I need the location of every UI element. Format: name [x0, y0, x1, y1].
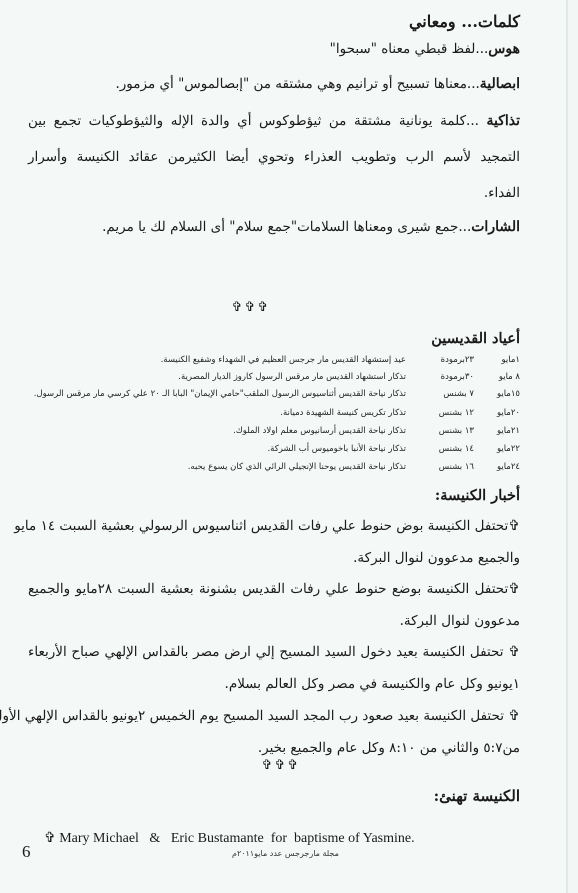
glossary-text: كلمة يونانية مشتقة من ثيؤطوكوس أي والدة … — [28, 113, 466, 129]
saints-feasts-title: أعياد القديسين — [431, 330, 520, 347]
feast-row: ٢٤مايو ١٦ بشنس تذكار نياحة القديس يوحنا … — [28, 460, 520, 475]
glossary-continuation: التمجيد لأسم الرب وتطويب العذراء وتحوي أ… — [28, 146, 520, 168]
feast-coptic-date: ١٣ بشنس — [418, 424, 474, 439]
glossary-term: ابصالية — [480, 76, 520, 92]
feast-row: ٢٠مايو ١٢ بشنس تذكار تكريس كنيسة الشهيدة… — [28, 406, 520, 421]
document-page: كلمات... ومعاني هوس...لفظ قبطي معناه "سب… — [0, 0, 568, 893]
news-continuation: والجميع مدعوون لنوال البركة. — [28, 547, 520, 569]
news-continuation: مدعوون لنوال البركة. — [28, 610, 520, 632]
feast-description: تذكار تكريس كنيسة الشهيدة دميانة. — [280, 406, 406, 421]
news-item: ✞تحتفل الكنيسة بوض حنوط علي رفات القديس … — [28, 515, 520, 537]
feast-date: ١٥مايو — [482, 387, 520, 402]
glossary-term: تذاكية — [486, 113, 520, 129]
feast-row: ١٥مايو ٧ بشنس تذكار نياحة القديس أثناسيو… — [28, 387, 520, 402]
news-text: مدعوون لنوال البركة. — [400, 613, 520, 629]
news-continuation: من٥:٧ والثاني من ٨:١٠ وكل عام والجميع بخ… — [28, 737, 520, 759]
news-text: ١يونيو وكل عام والكنيسة في مصر وكل العال… — [225, 676, 520, 692]
church-news-title: أخبار الكنيسة: — [435, 487, 520, 504]
feast-coptic-date: ١٦ بشنس — [418, 460, 474, 475]
congratulations-text: Mary Michael & Eric Bustamante for bapti… — [56, 831, 415, 846]
news-text: تحتفل الكنيسة بعيد دخول السيد المسيح إلي… — [28, 644, 508, 660]
glossary-sep: ... — [466, 113, 486, 129]
news-continuation: ١يونيو وكل عام والكنيسة في مصر وكل العال… — [28, 673, 520, 695]
feast-description: تذكار نياحة القديس أرسانيوس معلم اولاد ا… — [233, 424, 406, 439]
feast-coptic-date: ١٢ بشنس — [418, 406, 474, 421]
glossary-text: معناها تسبيح أو ترانيم وهي مشتقه من "إبص… — [115, 76, 466, 92]
feast-coptic-date: ١٤ بشنس — [418, 442, 474, 457]
news-text: تحتفل الكنيسة بعيد صعود رب المجد السيد ا… — [0, 708, 508, 724]
feast-coptic-date: ٢٣برمودة — [418, 353, 474, 368]
congratulations-line: ✞ Mary Michael & Eric Bustamante for bap… — [30, 814, 415, 863]
glossary-continuation: الفداء. — [28, 182, 520, 204]
news-item: ✞ تحتفل الكنيسة بعيد دخول السيد المسيح إ… — [28, 641, 520, 663]
glossary-entry: ابصالية...معناها تسبيح أو ترانيم وهي مشت… — [28, 73, 520, 95]
news-text: والجميع مدعوون لنوال البركة. — [353, 550, 520, 566]
glossary-text: الفداء. — [484, 185, 520, 201]
glossary-term: الشارات — [471, 219, 520, 235]
feast-date: ٢٠مايو — [482, 406, 520, 421]
feast-date: ٨ مايو — [482, 370, 520, 385]
feast-date: ٢٤مايو — [482, 460, 520, 475]
news-item: ✞تحتفل الكنيسة بوضع حنوط علي رفات القديس… — [28, 578, 520, 600]
glossary-entry: الشارات...جمع شيرى ومعناها السلامات"جمع … — [28, 216, 520, 238]
feast-row: ١مايو ٢٣برمودة عيد إستشهاد القديس مار جر… — [28, 353, 520, 368]
feast-description: تذكار نياحة الأنبا باخوميوس أب الشركة. — [267, 442, 406, 457]
feast-description: تذكار نياحة القديس يوحنا الإنجيلي الرائي… — [188, 460, 406, 475]
cross-icon: ✞ — [508, 708, 520, 724]
congratulations-title: الكنيسة تهنئ: — [434, 787, 520, 805]
glossary-sep: ... — [458, 219, 471, 235]
glossary-text: التمجيد لأسم الرب وتطويب العذراء وتحوي أ… — [28, 149, 520, 165]
cross-separator-icon: ✞✞✞ — [231, 300, 270, 315]
cross-icon: ✞ — [508, 644, 520, 660]
glossary-sep: ... — [467, 76, 480, 92]
page-number: 6 — [22, 842, 31, 862]
news-text: تحتفل الكنيسة بوضع حنوط علي رفات القديس … — [28, 581, 508, 597]
feast-description: تذكار نياحة القديس أثناسيوس الرسول الملق… — [34, 387, 406, 402]
glossary-sep: ... — [475, 41, 488, 57]
feast-description: تذكار استشهاد القديس مار مرقس الرسول كار… — [178, 370, 406, 385]
feast-row: ٢٢مايو ١٤ بشنس تذكار نياحة الأنبا باخومي… — [28, 442, 520, 457]
feast-date: ٢٢مايو — [482, 442, 520, 457]
feast-coptic-date: ٧ بشنس — [418, 387, 474, 402]
glossary-text: جمع شيرى ومعناها السلامات"جمع سلام" أى ا… — [102, 219, 458, 235]
glossary-title: كلمات... ومعاني — [409, 12, 520, 31]
glossary-text: لفظ قبطي معناه "سبحوا" — [330, 41, 476, 57]
magazine-footer: مجلة مارجرجس عدد مايو٢٠١١م — [232, 849, 339, 858]
feast-date: ١مايو — [482, 353, 520, 368]
cross-icon: ✞ — [508, 518, 520, 534]
cross-icon: ✞ — [44, 830, 56, 846]
cross-separator-icon: ✞✞✞ — [261, 758, 300, 773]
glossary-entry: تذاكية ...كلمة يونانية مشتقة من ثيؤطوكوس… — [28, 110, 520, 132]
feast-description: عيد إستشهاد القديس مار جرجس العظيم في ال… — [161, 353, 406, 368]
news-item: ✞ تحتفل الكنيسة بعيد صعود رب المجد السيد… — [28, 705, 520, 727]
news-text: من٥:٧ والثاني من ٨:١٠ وكل عام والجميع بخ… — [258, 740, 520, 756]
glossary-entry: هوس...لفظ قبطي معناه "سبحوا" — [28, 38, 520, 60]
news-text: تحتفل الكنيسة بوض حنوط علي رفات القديس ا… — [14, 518, 508, 534]
cross-icon: ✞ — [508, 581, 520, 597]
feast-row: ٢١مايو ١٣ بشنس تذكار نياحة القديس أرساني… — [28, 424, 520, 439]
feast-date: ٢١مايو — [482, 424, 520, 439]
feast-row: ٨ مايو ٣٠برمودة تذكار استشهاد القديس مار… — [28, 370, 520, 385]
glossary-term: هوس — [488, 41, 520, 57]
feast-coptic-date: ٣٠برمودة — [418, 370, 474, 385]
